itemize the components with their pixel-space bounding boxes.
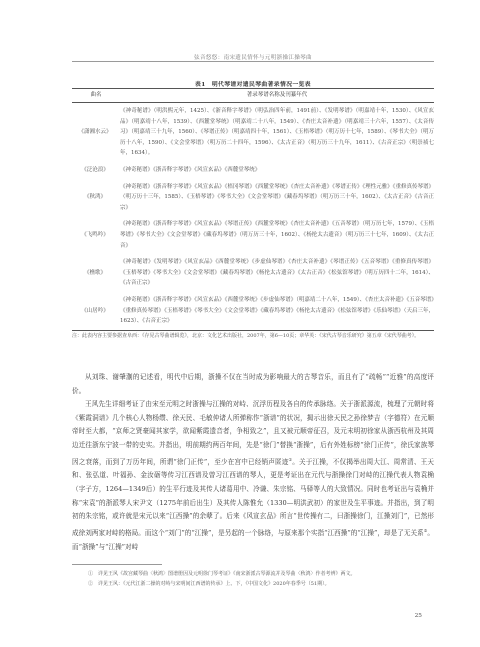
header-rule (72, 61, 434, 62)
piece-name: 《山居吟》 (72, 292, 120, 330)
piece-name: 《泛沧浪》 (72, 162, 120, 179)
score-list: 《神奇秘谱》《发明琴谱》《风宣玄品》《西麓堂琴统》《步虚仙琴谱》《杏庄太音补遗》… (120, 254, 434, 292)
running-head: 弦音悠悠：南宋遗民情怀与元明浙操江操琴曲 (72, 53, 434, 61)
table-row: 《飞鸣吟》 《神奇秘谱》《浙音释字琴谱》《风宣玄品》《琴谱正传》《西麓堂琴统》《… (72, 216, 434, 254)
paragraph: 王风先生详细考证了由宋至元明之时浙操与江操的对峙、沉浮历程及各自的传承脉络。关于… (72, 398, 434, 554)
piece-name: 《樵歌》 (72, 254, 120, 292)
table-header-row: 曲名 著录琴谱名称及刊纂年代 (72, 89, 434, 103)
piece-name: 《潇湘水云》 (72, 103, 120, 162)
score-list: 《神奇秘谱》（明洪熙元年，1425）、《浙音释字琴谱》（明弘治四年前，1491前… (120, 103, 434, 162)
score-list: 《神奇秘谱》《浙音释字琴谱》《风宣玄品》《西麓堂琴统》《步虚仙琴谱》（明嘉靖二十… (120, 292, 434, 330)
piece-name: 《秋鸿》 (72, 179, 120, 217)
score-list: 《神奇秘谱》《浙音释字琴谱》《风宣玄品》《琴谱正传》《西麓堂琴统》《杏庄太音补遗… (120, 216, 434, 254)
column-header-title: 曲名 (72, 89, 120, 103)
column-header-scores: 著录琴谱名称及刊纂年代 (120, 89, 434, 103)
score-list: 《神奇秘谱》《浙音释字琴谱》《风宣玄品》《西麓堂琴统》 (120, 162, 434, 179)
table-note: 注：此表内容主要参据查阜西：《存见古琴曲谱辑览》，北京：文化艺术出版社，2007… (72, 332, 434, 341)
footnotes: ① 详见王风《故宫藏琴曲〈秋鸿〉图谱册因及元明徐门琴考证》《南宋浙派古琴源流并及… (72, 569, 434, 589)
table-row: 《山居吟》 《神奇秘谱》《浙音释字琴谱》《风宣玄品》《西麓堂琴统》《步虚仙琴谱》… (72, 292, 434, 330)
table-row: 《潇湘水云》 《神奇秘谱》（明洪熙元年，1425）、《浙音释字琴谱》（明弘治四年… (72, 103, 434, 162)
qin-score-table: 曲名 著录琴谱名称及刊纂年代 《潇湘水云》 《神奇秘谱》（明洪熙元年，1425）… (72, 88, 434, 331)
table-caption: 表1 明代琴谱对遗民琴曲著录情况一览表 (72, 79, 434, 88)
piece-name: 《飞鸣吟》 (72, 216, 120, 254)
score-list: 《神奇秘谱》《浙音释字琴谱》《风宣玄品》《梧冈琴谱》《西麓堂琴统》《杏庄太音补遗… (120, 179, 434, 217)
table-row: 《泛沧浪》 《神奇秘谱》《浙音释字琴谱》《风宣玄品》《西麓堂琴统》 (72, 162, 434, 179)
footnote: ① 详见王风《故宫藏琴曲〈秋鸿〉图谱册因及元明徐门琴考证》《南宋浙派古琴源流并及… (72, 569, 434, 579)
table-row: 《樵歌》 《神奇秘谱》《发明琴谱》《风宣玄品》《西麓堂琴统》《步虚仙琴谱》《杏庄… (72, 254, 434, 292)
footnote: ② 详见王风：《元代江浙二操的对峙与宋明间江西谱的传承》上、下，《中国文化》20… (72, 579, 434, 589)
page-number: 25 (415, 613, 422, 619)
body-text: 从刘珠、谢肇淛的记述看，明代中后期，浙操不仅在当时成为影响最大的古琴音乐，而且有… (72, 371, 434, 554)
table-row: 《秋鸿》 《神奇秘谱》《浙音释字琴谱》《风宣玄品》《梧冈琴谱》《西麓堂琴统》《杏… (72, 179, 434, 217)
paragraph: 从刘珠、谢肇淛的记述看，明代中后期，浙操不仅在当时成为影响最大的古琴音乐，而且有… (72, 371, 434, 398)
footnote-rule (72, 564, 162, 565)
